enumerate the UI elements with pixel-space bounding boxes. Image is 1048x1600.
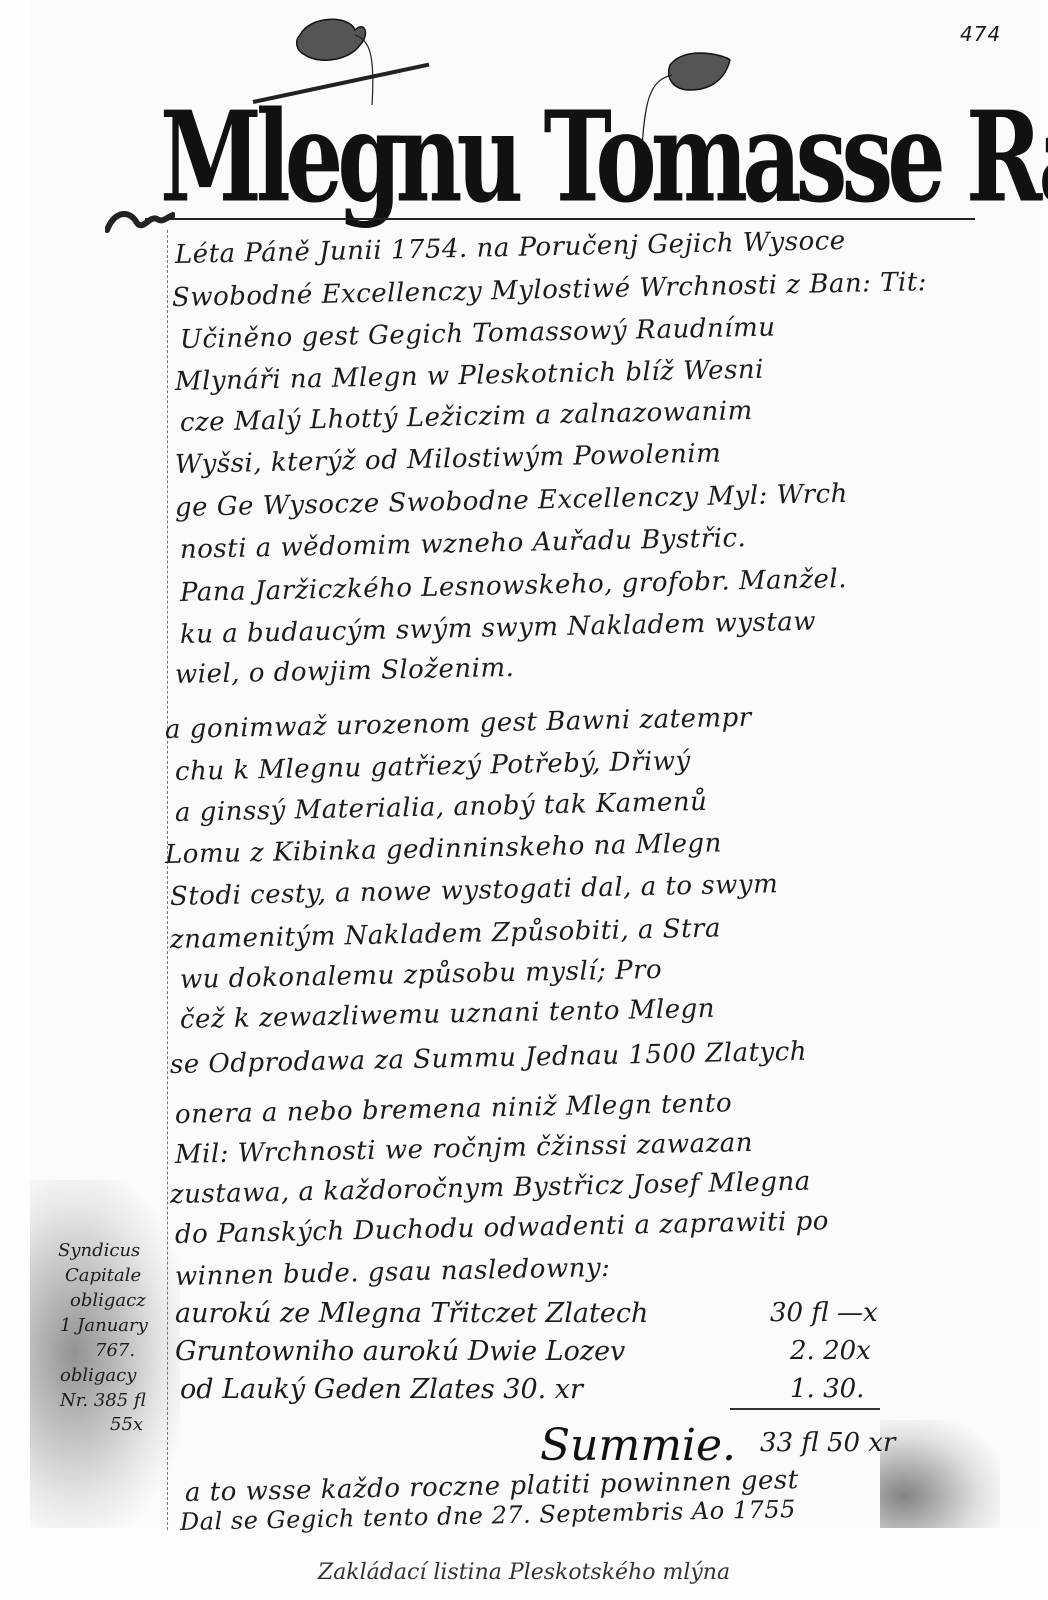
- ledger-amount: 2. 20x: [790, 1336, 871, 1366]
- margin-rule-line: [167, 230, 168, 1530]
- margin-note: 767.: [95, 1340, 135, 1361]
- summie-amount: 33 fl 50 xr: [760, 1428, 895, 1458]
- margin-note: 55x: [110, 1414, 143, 1435]
- margin-note: Nr. 385 fl: [60, 1390, 146, 1411]
- margin-note: 1 January: [60, 1315, 148, 1336]
- swash-flourish-icon: [105, 205, 175, 235]
- figure-caption: Zakládací listina Pleskotského mlýna: [0, 1560, 1048, 1585]
- ledger-amount: 30 fl —x: [770, 1298, 878, 1328]
- page-number: 474: [960, 22, 1001, 46]
- summie-label: Summie.: [540, 1420, 736, 1471]
- heading-underline: [145, 218, 975, 220]
- scan-shadow-right: [880, 1420, 1000, 1528]
- ledger-item: od Lauký Geden Zlates 30. xr: [180, 1374, 583, 1405]
- margin-note: Syndicus: [58, 1240, 140, 1261]
- margin-note: Capitale: [65, 1265, 141, 1286]
- ledger-amount: 1. 30.: [790, 1374, 864, 1404]
- margin-note: obligacy: [60, 1365, 136, 1386]
- sum-rule: [730, 1408, 880, 1410]
- ledger-item: aurokú ze Mlegna Třitczet Zlatech: [175, 1298, 648, 1329]
- ledger-item: Gruntowniho aurokú Dwie Lozev: [175, 1336, 625, 1367]
- margin-note: obligacz: [70, 1290, 146, 1311]
